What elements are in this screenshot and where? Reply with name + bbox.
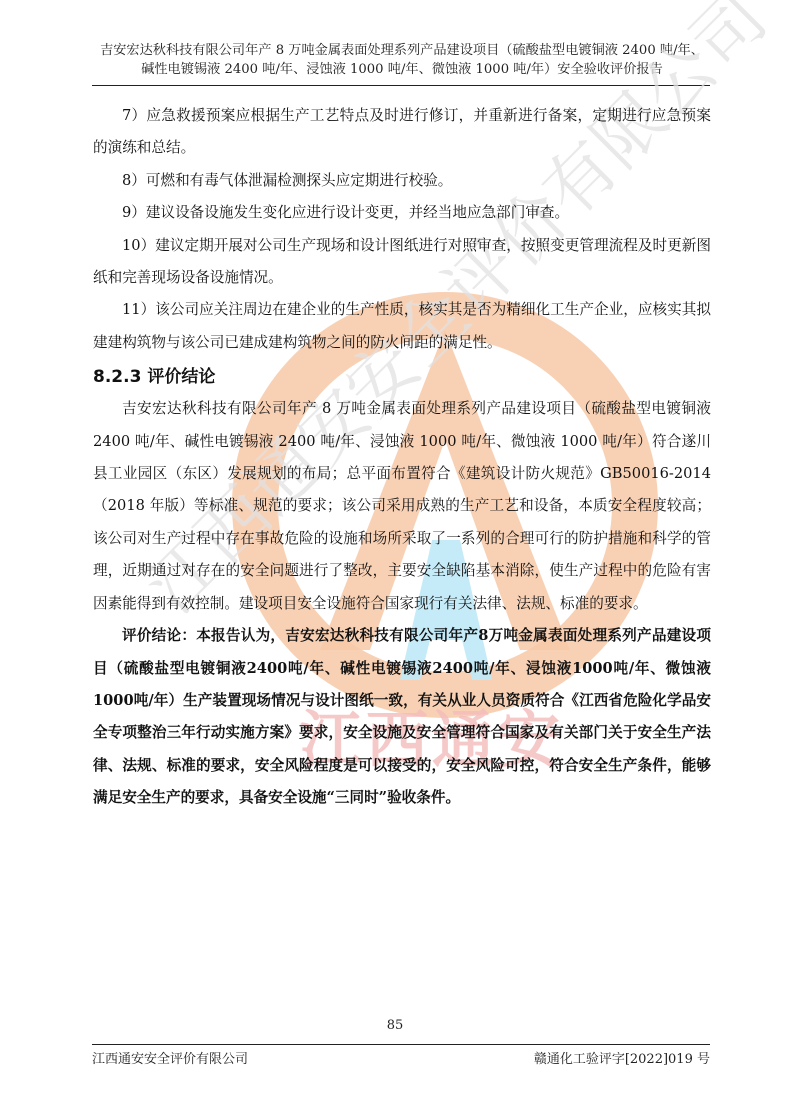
footer-company: 江西通安安全评价有限公司 bbox=[92, 1048, 248, 1067]
document-body: 7）应急救援预案应根据生产工艺特点及时进行修订，并重新进行备案，定期进行应急预案… bbox=[93, 100, 711, 829]
footer-rule bbox=[92, 1044, 710, 1045]
recommendation-item-8: 8）可燃和有毒气体泄漏检测探头应定期进行校验。 bbox=[93, 165, 711, 197]
header-title-line2: 碱性电镀锡液 2400 吨/年、浸蚀液 1000 吨/年、微蚀液 1000 吨/… bbox=[92, 60, 712, 79]
header-rule bbox=[92, 85, 710, 86]
header-title-line1: 吉安宏达秋科技有限公司年产 8 万吨金属表面处理系列产品建设项目（硫酸盐型电镀铜… bbox=[92, 41, 712, 60]
running-header: 吉安宏达秋科技有限公司年产 8 万吨金属表面处理系列产品建设项目（硫酸盐型电镀铜… bbox=[92, 41, 712, 79]
recommendation-item-7: 7）应急救援预案应根据生产工艺特点及时进行修订，并重新进行备案，定期进行应急预案… bbox=[93, 100, 711, 165]
section-paragraph: 吉安宏达秋科技有限公司年产 8 万吨金属表面处理系列产品建设项目（硫酸盐型电镀铜… bbox=[93, 393, 711, 620]
recommendation-item-11: 11）该公司应关注周边在建企业的生产性质，核实其是否为精细化工生产企业，应核实其… bbox=[93, 294, 711, 359]
recommendation-item-10: 10）建议定期开展对公司生产现场和设计图纸进行对照审查，按照变更管理流程及时更新… bbox=[93, 230, 711, 295]
recommendation-item-9: 9）建议设备设施发生变化应进行设计变更，并经当地应急部门审查。 bbox=[93, 197, 711, 229]
footer-doc-number: 赣通化工验评字[2022]019 号 bbox=[534, 1048, 710, 1067]
evaluation-conclusion: 评价结论：本报告认为，吉安宏达秋科技有限公司年产8万吨金属表面处理系列产品建设项… bbox=[93, 620, 711, 814]
page-number: 85 bbox=[0, 1018, 790, 1033]
section-heading: 8.2.3 评价结论 bbox=[93, 361, 711, 393]
document-page: 吉安宏达秋科技有限公司年产 8 万吨金属表面处理系列产品建设项目（硫酸盐型电镀铜… bbox=[0, 0, 790, 1119]
